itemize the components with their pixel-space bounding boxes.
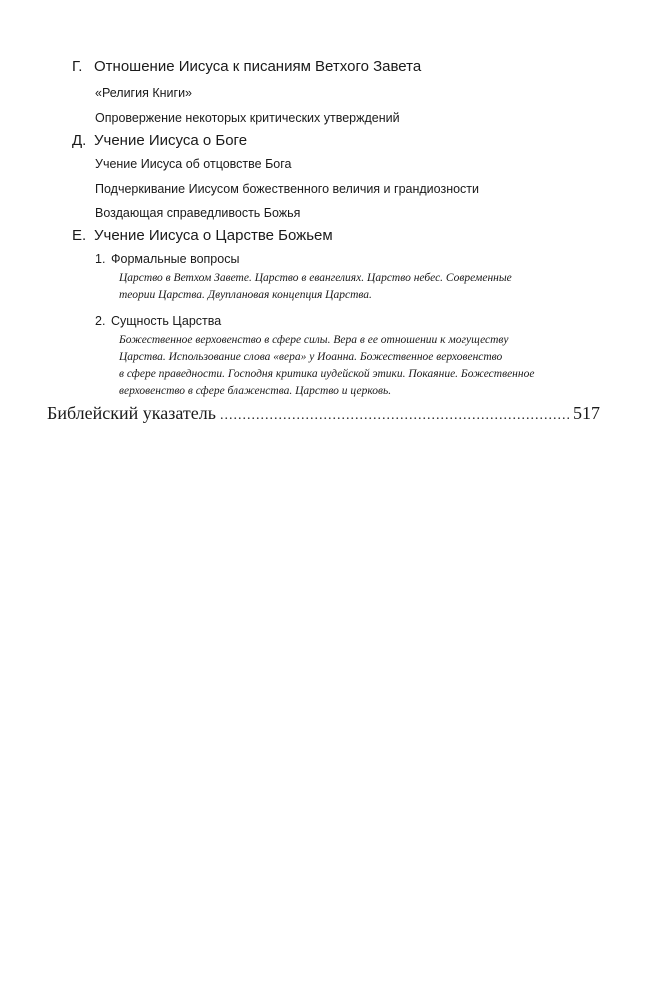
toc-section-d[interactable]: Д.Учение Иисуса о Боге <box>72 132 247 149</box>
toc-subsection[interactable]: Подчеркивание Иисусом божественного вели… <box>95 182 479 196</box>
item-number: 2. <box>95 314 111 328</box>
index-entry-page-number: 517 <box>573 403 600 424</box>
document-page: Г.Отношение Иисуса к писаниям Ветхого За… <box>0 0 667 1000</box>
item-description: Царство в Ветхом Завете. Царство в еванг… <box>119 270 579 304</box>
item-title: Сущность Царства <box>111 314 221 328</box>
description-line: Божественное верховенство в сфере силы. … <box>119 332 599 349</box>
section-letter: Д. <box>72 132 94 149</box>
item-number: 1. <box>95 252 111 266</box>
toc-numbered-item-1[interactable]: 1.Формальные вопросы <box>95 252 239 266</box>
description-line: в сфере праведности. Господня критика иу… <box>119 366 599 383</box>
section-letter: Г. <box>72 58 94 75</box>
leader-dots <box>220 408 569 424</box>
toc-subsection[interactable]: «Религия Книги» <box>95 86 192 100</box>
description-line: Царство в Ветхом Завете. Царство в еванг… <box>119 270 579 287</box>
toc-subsection[interactable]: Опровержение некоторых критических утвер… <box>95 111 400 125</box>
toc-section-e[interactable]: Е.Учение Иисуса о Царстве Божьем <box>72 227 333 244</box>
section-title: Учение Иисуса о Царстве Божьем <box>94 227 333 244</box>
toc-subsection[interactable]: Учение Иисуса об отцовстве Бога <box>95 157 291 171</box>
toc-numbered-item-2[interactable]: 2.Сущность Царства <box>95 314 221 328</box>
index-entry-title: Библейский указатель <box>47 403 216 424</box>
description-line: теории Царства. Двуплановая концепция Ца… <box>119 287 579 304</box>
item-title: Формальные вопросы <box>111 252 239 266</box>
description-line: Царства. Использование слова «вера» у Ио… <box>119 349 599 366</box>
section-title: Отношение Иисуса к писаниям Ветхого Заве… <box>94 58 421 75</box>
description-line: верховенство в сфере блаженства. Царство… <box>119 383 599 400</box>
item-description: Божественное верховенство в сфере силы. … <box>119 332 599 400</box>
toc-section-g[interactable]: Г.Отношение Иисуса к писаниям Ветхого За… <box>72 58 421 75</box>
section-title: Учение Иисуса о Боге <box>94 132 247 149</box>
toc-subsection[interactable]: Воздающая справедливость Божья <box>95 206 300 220</box>
toc-index-entry[interactable]: Библейский указатель 517 <box>47 403 600 424</box>
section-letter: Е. <box>72 227 94 244</box>
